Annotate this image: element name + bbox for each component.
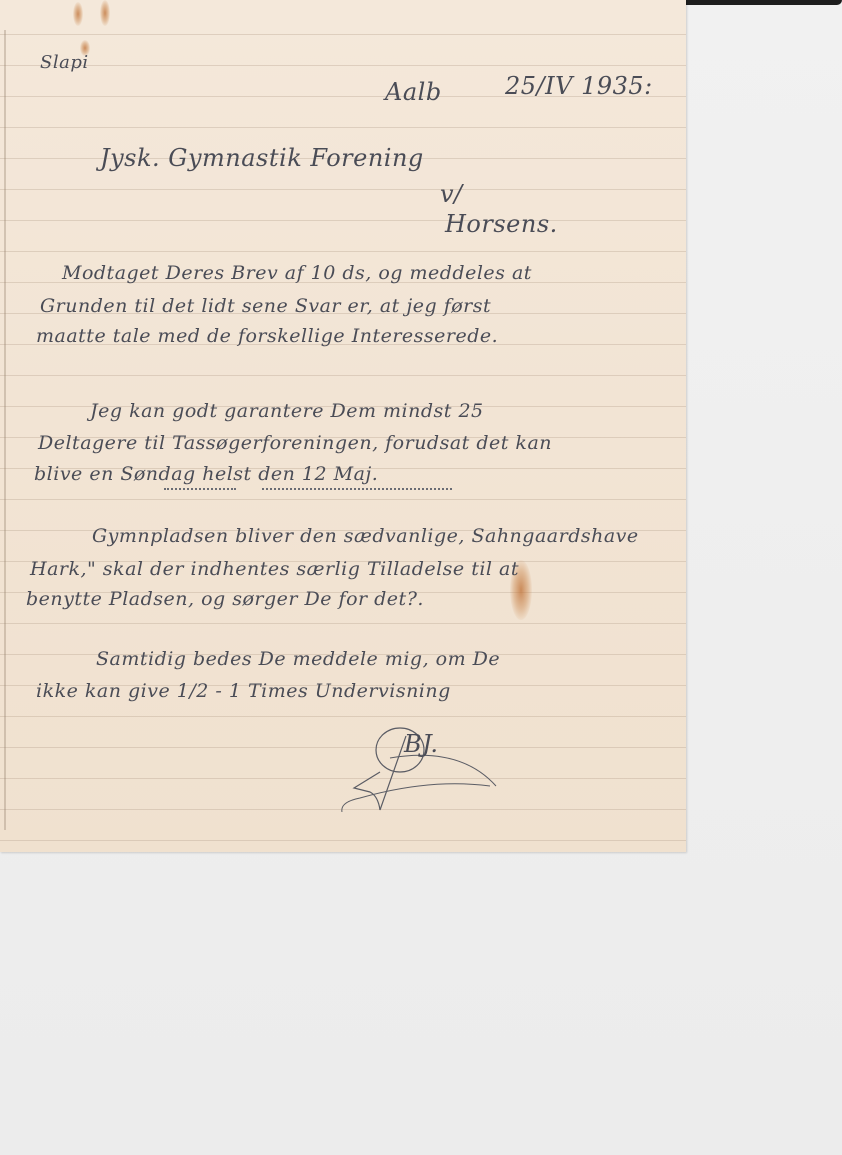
paragraph-3-line-1: Gymnpladsen bliver den sædvanlige, Sahng… [92, 525, 639, 547]
addressee-line-3: Horsens. [445, 210, 558, 238]
paragraph-4-line-1: Samtidig bedes De meddele mig, om De [96, 648, 500, 670]
underline-sondag [164, 485, 236, 490]
addressee-line-1: Jysk. Gymnastik Forening [100, 144, 424, 172]
paragraph-2-line-2: Deltagere til Tassøgerforeningen, foruds… [38, 432, 552, 454]
paragraph-3-line-2: Hark," skal der indhentes særlig Tillade… [30, 558, 519, 580]
paragraph-1-line-3: maatte tale med de forskellige Interesse… [36, 325, 498, 347]
dateline-date: 25/IV 1935: [505, 72, 653, 100]
rust-stain [100, 0, 110, 26]
paragraph-1-line-2: Grunden til det lidt sene Svar er, at je… [40, 295, 491, 317]
paper-torn-edge [4, 30, 6, 830]
signature-initials: BJ. [404, 730, 439, 758]
underline-helst-den-12-maj [262, 485, 452, 490]
annotation-top-left: Slapi [40, 52, 89, 73]
paragraph-3-line-3: benytte Pladsen, og sørger De for det?. [26, 588, 424, 610]
rust-stain [73, 2, 83, 26]
paragraph-2-line-3: blive en Søndag helst den 12 Maj. [34, 463, 378, 485]
scanner-edge-shadow [686, 0, 842, 5]
letter-sheet: Slapi Aalb 25/IV 1935: Jysk. Gymnastik F… [0, 0, 686, 852]
paragraph-1-line-1: Modtaget Deres Brev af 10 ds, og meddele… [62, 262, 532, 284]
dateline-place: Aalb [385, 78, 442, 106]
addressee-line-2: v/ [440, 180, 463, 208]
paragraph-2-line-1: Jeg kan godt garantere Dem mindst 25 [90, 400, 484, 422]
paragraph-4-line-2: ikke kan give 1/2 - 1 Times Undervisning [36, 680, 451, 702]
paragraph-2-line-3-text: blive en Søndag helst den 12 Maj. [34, 463, 378, 485]
